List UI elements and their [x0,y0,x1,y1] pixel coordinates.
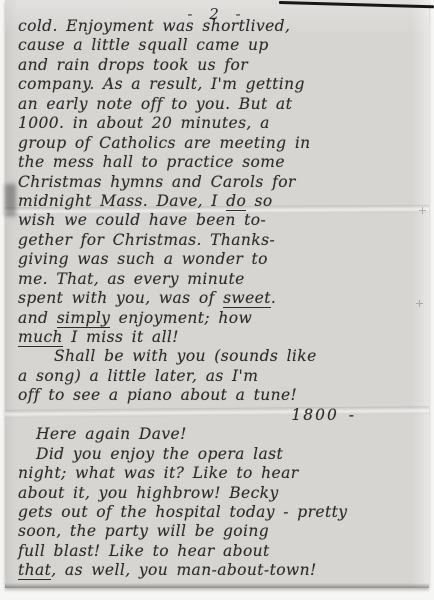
letter-line: about it, you highbrow! Becky [18,484,422,503]
letter-line: Shall be with you (sounds like [18,347,422,366]
text-segment: cause a little squall came up [18,36,269,54]
underlined-word: simply [57,309,111,328]
text-segment: full blast! Like to hear about [18,542,270,560]
text-segment: Shall be with you (sounds like [54,347,317,365]
letter-line: giving was such a wonder to [18,250,422,269]
text-segment: , as well, you man-about-town! [51,561,316,579]
text-segment: enjoyment; how [110,309,252,327]
text-segment: Here again Dave! [36,425,187,443]
text-segment: night; what was it? Like to hear [18,464,299,482]
text-segment: Did you enjoy the opera last [36,445,283,463]
letter-line: gether for Christmas. Thanks- [18,231,422,250]
text-segment: off to see a piano about a tune! [18,386,297,404]
letter-line: company. As a result, I'm getting [18,75,422,94]
paper-bottom-edge [5,583,429,588]
text-segment: a song) a little later, as I'm [18,367,258,385]
text-segment: midnight Mass. Dave, I [18,192,226,210]
letter-line: a song) a little later, as I'm [18,367,422,386]
text-segment: spent with you, was of [18,289,223,307]
letter-line: group of Catholics are meeting in [18,134,422,153]
text-segment: cold. Enjoyment was shortlived, [18,17,290,35]
text-segment: gether for Christmas. Thanks- [18,231,275,249]
text-segment: 1000. in about 20 minutes, a [18,114,270,132]
letter-paper: - 2 - cold. Enjoyment was shortlived,cau… [5,0,429,588]
letter-line: 1000. in about 20 minutes, a [18,114,422,133]
letter-line: wish we could have been to- [18,211,422,230]
letter-line: the mess hall to practice some [18,153,422,172]
letter-line: soon, the party will be going [18,522,422,541]
letter-line: night; what was it? Like to hear [18,464,422,483]
text-segment: Christmas hymns and Carols for [18,173,296,191]
text-segment: and rain drops took us for [18,56,248,74]
text-segment: and [18,309,57,327]
text-segment: . [271,289,276,307]
letter-line: Did you enjoy the opera last [18,445,422,464]
text-segment: company. As a result, I'm getting [18,75,305,93]
underlined-word: much [18,328,63,347]
letter-line: full blast! Like to hear about [18,542,422,561]
left-edge-shadow [5,184,16,216]
time-annotation: 1800 - [18,406,422,425]
letter-line: cause a little squall came up [18,36,422,55]
letter-line: cold. Enjoyment was shortlived, [18,17,422,36]
text-segment: I miss it all! [63,328,179,346]
letter-line: an early note off to you. But at [18,95,422,114]
letter-line: that, as well, you man-about-town! [18,561,422,580]
letter-line: Here again Dave! [18,425,422,444]
letter-line: and rain drops took us for [18,56,422,75]
text-segment: an early note off to you. But at [18,95,292,113]
letter-line: Christmas hymns and Carols for [18,173,422,192]
text-segment: so [246,192,272,210]
text-segment: the mess hall to practice some [18,153,285,171]
text-segment: giving was such a wonder to [18,250,268,268]
text-segment: about it, you highbrow! Becky [18,484,279,502]
letter-line: me. That, as every minute [18,270,422,289]
text-segment: group of Catholics are meeting in [18,134,311,152]
text-segment: wish we could have been to- [18,211,266,229]
underlined-word: do [226,192,246,211]
text-segment: soon, the party will be going [18,522,269,540]
letter-line: gets out of the hospital today - pretty [18,503,422,522]
letter-line: midnight Mass. Dave, I do so [18,192,422,211]
letter-line: much I miss it all! [18,328,422,347]
underlined-word: that [18,561,51,580]
letter-body: cold. Enjoyment was shortlived,cause a l… [18,17,422,581]
text-segment: 1800 - [291,406,356,424]
text-segment: gets out of the hospital today - pretty [18,503,347,521]
underlined-word: sweet [223,289,271,308]
scanned-letter-page: { "document": { "kind": "handwritten let… [0,0,434,600]
text-segment: me. That, as every minute [18,270,245,288]
letter-line: and simply enjoyment; how [18,309,422,328]
letter-line: off to see a piano about a tune! [18,386,422,405]
letter-line: spent with you, was of sweet. [18,289,422,308]
